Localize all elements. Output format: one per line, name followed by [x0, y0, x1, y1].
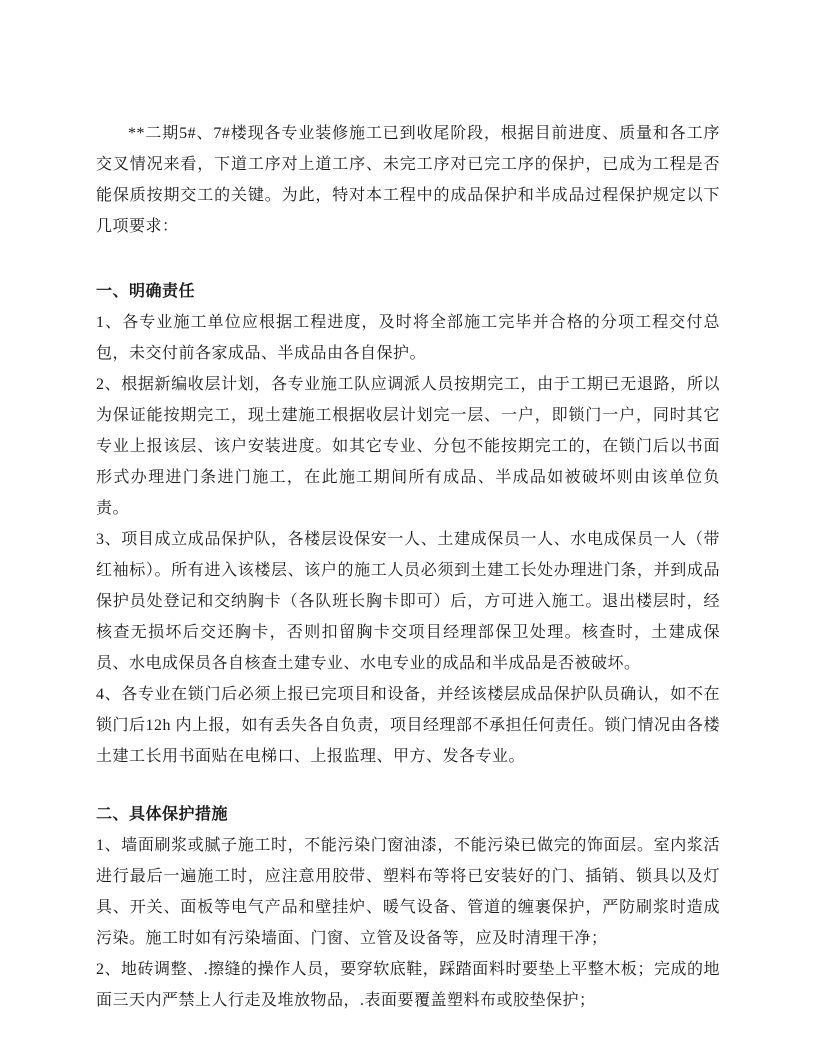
section-1-item-1: 1、各专业施工单位应根据工程进度，及时将全部施工完毕并合格的分项工程交付总包，未…	[96, 307, 720, 369]
section-2-item-1: 1、墙面刷浆或腻子施工时，不能污染门窗油漆，不能污染已做完的饰面层。室内浆活进行…	[96, 830, 720, 954]
intro-paragraph: **二期5#、7#楼现各专业装修施工已到收尾阶段，根据目前进度、质量和各工序交叉…	[96, 118, 720, 242]
section-2-heading: 二、具体保护措施	[96, 799, 720, 830]
section-1-item-3: 3、项目成立成品保护队，各楼层设保安一人、土建成保员一人、水电成保员一人（带红袖…	[96, 524, 720, 679]
document-page: **二期5#、7#楼现各专业装修施工已到收尾阶段，根据目前进度、质量和各工序交叉…	[0, 0, 816, 1056]
section-1-item-2: 2、根据新编收层计划，各专业施工队应调派人员按期完工，由于工期已无退路，所以为保…	[96, 369, 720, 524]
section-1-item-4: 4、各专业在锁门后必须上报已完项目和设备，并经该楼层成品保护队员确认，如不在锁门…	[96, 679, 720, 772]
section-1-heading: 一、明确责任	[96, 276, 720, 307]
section-2-item-2: 2、地砖调整、.擦缝的操作人员，要穿软底鞋，踩踏面料时要垫上平整木板；完成的地面…	[96, 954, 720, 1016]
